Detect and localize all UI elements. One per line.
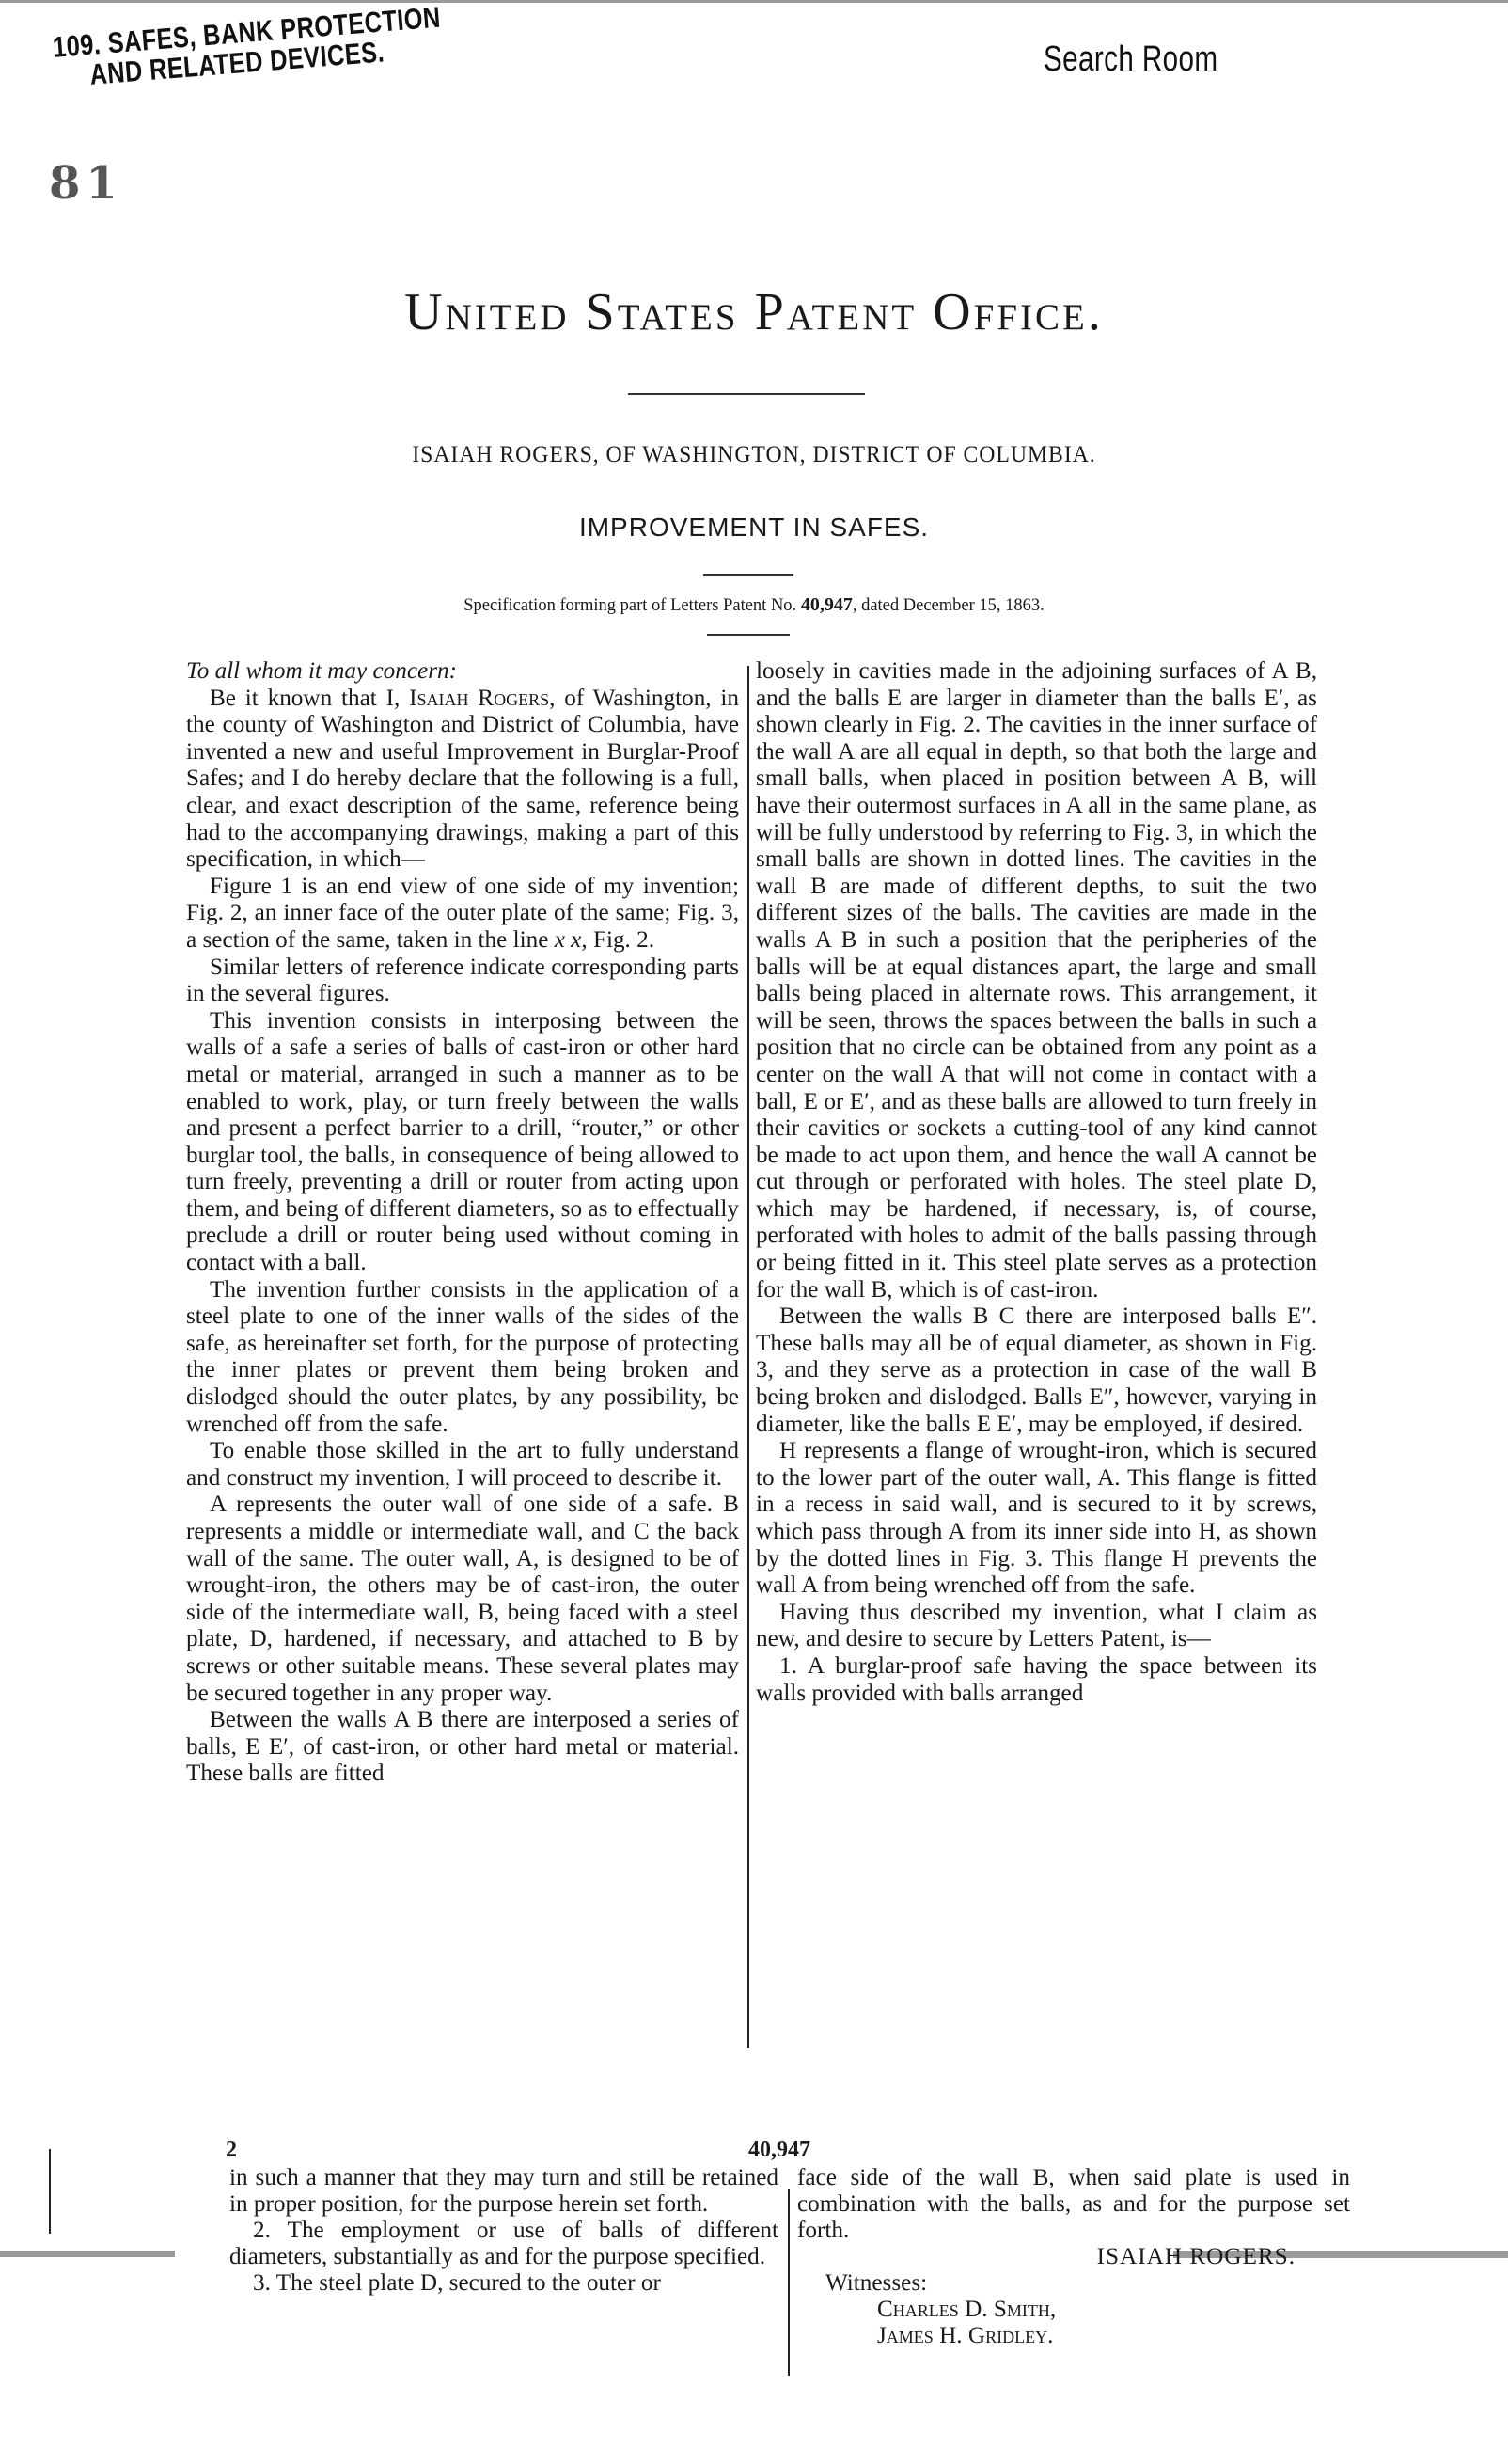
- inventor-signature: ISAIAH ROGERS.: [797, 2244, 1350, 2270]
- page2-column-divider: [788, 2189, 790, 2376]
- patent-subject: IMPROVEMENT IN SAFES.: [0, 513, 1508, 543]
- paragraph: Be it known that I, Isaiah Rogers, of Wa…: [186, 686, 739, 874]
- spec-suffix: , dated December 15, 1863.: [853, 596, 1045, 615]
- paragraph: A represents the outer wall of one side …: [186, 1492, 739, 1707]
- text: Be it known that I,: [210, 686, 409, 711]
- page1-left-column: To all whom it may concern: Be it known …: [186, 658, 739, 1788]
- witnesses-label: Witnesses:: [797, 2270, 1350, 2297]
- claim: 2. The employment or use of balls of dif…: [229, 2218, 778, 2270]
- handwritten-number: 81: [49, 157, 123, 210]
- classification-stamp: 109. SAFES, BANK PROTECTION AND RELATED …: [52, 3, 444, 93]
- scan-artifact-line: [49, 2149, 51, 2234]
- page1-right-column: loosely in cavities made in the adjoinin…: [756, 658, 1317, 1707]
- specification-line: Specification forming part of Letters Pa…: [0, 594, 1508, 616]
- page-number: 2: [226, 2138, 237, 2163]
- paragraph: Between the walls A B there are interpos…: [186, 1707, 739, 1788]
- inventor-name: Isaiah Rogers: [409, 686, 549, 711]
- claim-continuation: face side of the wall B, when said plate…: [797, 2165, 1350, 2244]
- spec-prefix: Specification forming part of Letters Pa…: [463, 596, 796, 615]
- paragraph: H represents a flange of wrought-iron, w…: [756, 1438, 1317, 1600]
- scan-edge-bar-left: [0, 2251, 175, 2257]
- page2-right-column: face side of the wall B, when said plate…: [797, 2165, 1350, 2349]
- paragraph: Similar letters of reference indicate co…: [186, 955, 739, 1008]
- salutation: To all whom it may concern:: [186, 658, 739, 686]
- paragraph: Between the walls B C there are interpos…: [756, 1303, 1317, 1438]
- inventor-line: ISAIAH ROGERS, OF WASHINGTON, DISTRICT O…: [38, 442, 1470, 468]
- patent-number: 40,947: [801, 594, 853, 615]
- witness-name: Charles D. Smith,: [797, 2297, 1350, 2323]
- title-rule: [628, 393, 865, 395]
- witness-name: James H. Gridley.: [797, 2323, 1350, 2349]
- text: , of Washington, in the county of Washin…: [186, 686, 739, 873]
- column-divider: [747, 666, 749, 2048]
- paragraph: The invention further consists in the ap…: [186, 1277, 739, 1439]
- page2-patent-number: 40,947: [748, 2138, 810, 2163]
- paragraph: To enable those skilled in the art to fu…: [186, 1438, 739, 1492]
- office-title: United States Patent Office.: [0, 282, 1508, 342]
- claim: 1. A burglar-proof safe having the space…: [756, 1653, 1317, 1707]
- search-room-stamp: Search Room: [1044, 39, 1218, 80]
- text: Figure 1 is an end view of one side of m…: [186, 874, 739, 953]
- scan-top-edge: [0, 0, 1508, 3]
- page2-left-column: in such a manner that they may turn and …: [229, 2165, 778, 2297]
- claim-continuation: in such a manner that they may turn and …: [229, 2165, 778, 2218]
- paragraph: Figure 1 is an end view of one side of m…: [186, 874, 739, 955]
- subject-rule: [703, 574, 793, 576]
- spec-rule: [707, 634, 790, 636]
- text: , Fig. 2.: [581, 927, 654, 953]
- paragraph: loosely in cavities made in the adjoinin…: [756, 658, 1317, 1303]
- line-reference: x x: [555, 927, 582, 953]
- paragraph: Having thus described my invention, what…: [756, 1600, 1317, 1653]
- paragraph: This invention consists in interposing b…: [186, 1008, 739, 1277]
- claim: 3. The steel plate D, secured to the out…: [229, 2270, 778, 2297]
